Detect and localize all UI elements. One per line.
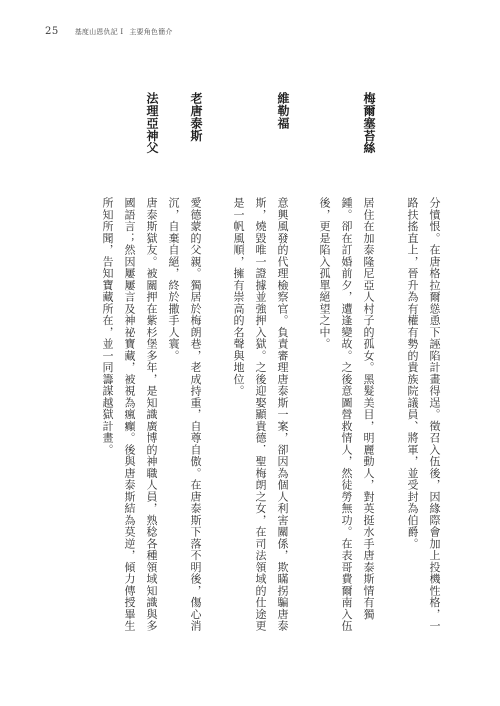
page-number: 25 <box>45 26 59 37</box>
heading-villefort: 維勒福 <box>276 92 289 129</box>
text-column: 居住在加泰隆尼亞人村子的孤女。黑髮美目，明麗動人，對英挺水手唐泰斯情有獨 <box>362 197 374 620</box>
heading-old-dantes: 老唐泰斯 <box>189 92 202 142</box>
text-column: 所知所聞，告知寶藏所在，並一同籌謀越獄計畫。 <box>101 197 113 456</box>
text-column: 意興風發的代理檢察官。負責審理唐泰斯一案，卻因為個人利害關係，欺瞞拐騙唐泰 <box>276 197 288 632</box>
text-column: 愛德蒙的父親。獨居於梅朗巷，老成持重，自尊自傲。在唐泰斯下落不明後，傷心消 <box>189 197 201 632</box>
heading-mercedes: 梅爾塞苔絲 <box>362 92 375 154</box>
section-title: 主要角色簡介 <box>129 28 172 36</box>
text-column: 路扶搖直上，晉升為有權有勢的貴族院議員、將軍，並受封為伯爵。 <box>406 197 418 550</box>
page-header: 25基度山恩仇記 I主要角色簡介 <box>45 26 173 37</box>
text-column: 分憤恨。在唐格拉爾慫恿下誣陷計畫得逞。徵召入伍後，因緣際會加上投機性格，一 <box>428 197 440 632</box>
text-column: 唐泰斯獄友。被關押在紫杉堡多年，是知識廣博的神職人員，熟稔各種領域知識與多 <box>145 197 157 632</box>
text-column: 後，更是陷入孤單絕望之中。 <box>318 197 330 350</box>
text-column: 鍾。卻在訂婚前夕，遭逢變故。之後意圖營救情人，然徒勞無功。在表哥費爾南入伍 <box>340 197 352 632</box>
text-column: 沉，自棄自絕，終於撒手人寰。 <box>167 197 179 362</box>
heading-abbe-faria: 法理亞神父 <box>145 92 158 154</box>
text-column: 國語言；然因屢屢言及神祕寶藏，被視為瘋癲。後與唐泰斯結為莫逆，傾力傳授畢生 <box>123 197 135 632</box>
text-column: 是一帆風順，擁有崇高的名聲與地位。 <box>232 197 244 397</box>
book-title: 基度山恩仇記 I <box>75 28 124 36</box>
book-page: 25基度山恩仇記 I主要角色簡介 分憤恨。在唐格拉爾慫恿下誣陷計畫得逞。徵召入伍… <box>0 0 500 706</box>
text-column: 斯，燒毀唯一證據並強押入獄。之後迎娶顯貴德．聖梅朗之女，在司法領域的仕途更 <box>254 197 266 632</box>
